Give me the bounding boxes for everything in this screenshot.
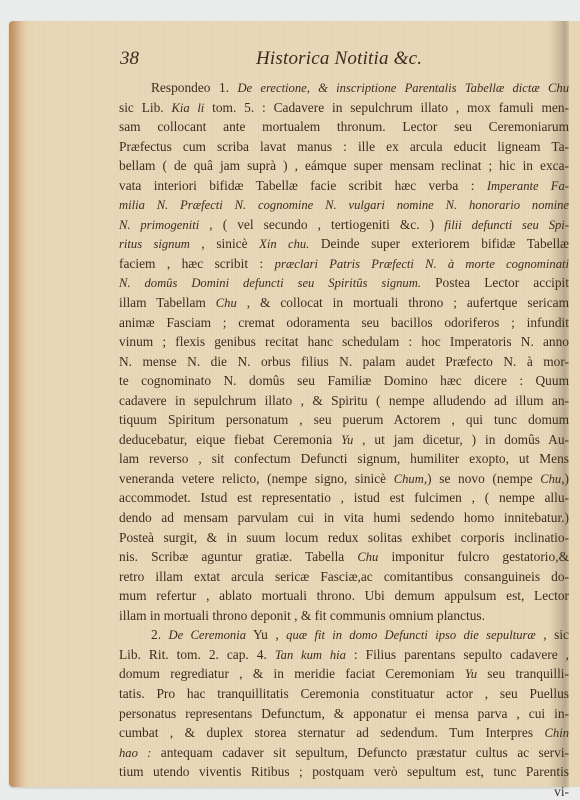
roman-text: lam reverso , sit confectum Defuncti sig… — [119, 451, 569, 466]
roman-text: ,) — [561, 471, 569, 486]
text-line: hao : antequam cadaver sit sepultum, Def… — [119, 743, 569, 763]
text-line: vinum ; flexis genibus recitat hanc sche… — [119, 332, 569, 352]
text-line: sic Lib. Kia li tom. 5. : Cadavere in se… — [119, 98, 569, 118]
roman-text: accommodet. Istud est representatio , is… — [119, 490, 569, 505]
italic-text: Xin chu. — [259, 237, 309, 251]
roman-text: nis. Scribæ aguntur gratiæ. Tabella — [119, 549, 357, 564]
text-line: N. mense N. die N. orbus filius N. palam… — [119, 352, 569, 372]
roman-text: veneranda vetere relicto, (nempe signo, … — [119, 471, 394, 486]
text-line: deducebatur, eique fiebat Ceremonia Yu ,… — [119, 430, 569, 450]
italic-text: Imperante Fa- — [487, 179, 569, 193]
text-line: veneranda vetere relicto, (nempe signo, … — [119, 469, 569, 489]
italic-text: filii defuncti seu Spi- — [444, 218, 569, 232]
roman-text: tatis. Pro hac tranquillitatis Ceremonia… — [119, 686, 569, 701]
italic-text: præclari Patris Præfecti N. à morte cogn… — [275, 257, 569, 271]
text-line: milia N. Præfecti N. cognomine N. vulgar… — [119, 195, 569, 215]
roman-text: 2. — [151, 627, 169, 642]
italic-text: quæ fit in domo Defuncti ipso die sepult… — [286, 628, 536, 642]
text-line: cadavere in sepulchrum illato , & Spirit… — [119, 391, 569, 411]
italic-text: N. primogeniti — [119, 218, 199, 232]
text-line: tium utendo viventis Ritibus ; postquam … — [119, 762, 569, 782]
italic-text: Chu — [540, 472, 561, 486]
roman-text: faciem , hæc scribit : — [119, 256, 275, 271]
roman-text: N. mense N. die N. orbus filius N. palam… — [119, 354, 569, 369]
roman-text: , ut jam dicetur, ) in domûs Au- — [353, 432, 569, 447]
text-line: Præfectus cum scriba lavat manus : ille … — [119, 137, 569, 157]
text-line: bellam ( de quâ jam suprà ) , eámque sup… — [119, 156, 569, 176]
italic-text: N. domûs Domini defuncti seu Spiritûs si… — [119, 276, 421, 290]
roman-text: , & collocat in mortuali throno ; aufert… — [237, 295, 569, 310]
roman-text: ,) se novo (nempe — [424, 471, 540, 486]
roman-text: Postea Lector accipit — [421, 275, 569, 290]
text-line: dendo ad mensam parvulam cui in vita hum… — [119, 508, 569, 528]
text-line: personatus representans Defunctum, & app… — [119, 704, 569, 724]
roman-text: seu tranquilli- — [477, 666, 569, 681]
roman-text: Lib. Rit. tom. 2. cap. 4. — [119, 647, 275, 662]
text-line: illam Tabellam Chu , & collocat in mortu… — [119, 293, 569, 313]
roman-text: : Filius parentans sepulto cadavere , — [346, 647, 569, 662]
roman-text: domum regrediatur , & in meridie faciat … — [119, 666, 465, 681]
italic-text: milia N. Præfecti N. cognomine N. vulgar… — [119, 198, 569, 212]
italic-text: Chin — [545, 726, 570, 740]
roman-text: Præfectus cum scriba lavat manus : ille … — [119, 139, 569, 154]
roman-text: cadavere in sepulchrum illato , & Spirit… — [119, 393, 569, 408]
italic-text: Chu — [357, 550, 378, 564]
text-line: cumbat , & duplex storea sternatur ad se… — [119, 723, 569, 743]
text-line: ritus signum , sinicè Xin chu. Deinde su… — [119, 234, 569, 254]
running-title: Historica Notitia &c. — [256, 48, 422, 70]
roman-text: vi- — [554, 784, 569, 799]
roman-text: vinum ; flexis genibus recitat hanc sche… — [119, 334, 569, 349]
text-line: domum regrediatur , & in meridie faciat … — [119, 664, 569, 684]
roman-text: cumbat , & duplex storea sternatur ad se… — [119, 725, 545, 740]
roman-text: dendo ad mensam parvulam cui in vita hum… — [119, 510, 569, 525]
roman-text: illam Tabellam — [119, 295, 216, 310]
italic-text: Yu — [341, 433, 353, 447]
roman-text: , sic — [536, 627, 569, 642]
text-line: vata interiori bifidæ Tabellæ facie scri… — [119, 176, 569, 196]
text-line: mum refertur , ablato mortuali throno. U… — [119, 586, 569, 606]
text-line: lam reverso , sit confectum Defuncti sig… — [119, 449, 569, 469]
text-line: tatis. Pro hac tranquillitatis Ceremonia… — [119, 684, 569, 704]
roman-text: vata interiori bifidæ Tabellæ facie scri… — [119, 178, 487, 193]
italic-text: De Ceremonia — [169, 628, 246, 642]
text-line: N. primogeniti , ( vel secundo , tertiog… — [119, 215, 569, 235]
page-number: 38 — [120, 48, 139, 70]
italic-text: Chu — [216, 296, 237, 310]
text-line: faciem , hæc scribit : præclari Patris P… — [119, 254, 569, 274]
roman-text: sic Lib. — [119, 100, 171, 115]
italic-text: De erectione, & inscriptione Parentalis … — [237, 81, 569, 95]
italic-text: ritus signum — [119, 237, 190, 251]
text-line: retro illam extat arcula sericæ Fasciæ,a… — [119, 567, 569, 587]
text-line: nis. Scribæ aguntur gratiæ. Tabella Chu … — [119, 547, 569, 567]
roman-text: , ( vel secundo , tertiogeniti &c. ) — [199, 217, 444, 232]
roman-text: tiquum Spiritum personatum , seu puerum … — [119, 412, 569, 427]
page-header: 38 Historica Notitia &c. — [120, 48, 560, 74]
text-line: Respondeo 1. De erectione, & inscription… — [119, 78, 569, 98]
text-line: sam collocant ante mortualem thronum. Le… — [119, 117, 569, 137]
text-line: Lib. Rit. tom. 2. cap. 4. Tan kum hia : … — [119, 645, 569, 665]
italic-text: Tan kum hia — [275, 648, 346, 662]
roman-text: animæ Fasciam ; cremat odoramenta seu ba… — [119, 315, 569, 330]
roman-text: tium utendo viventis Ritibus ; postquam … — [119, 764, 569, 779]
roman-text: retro illam extat arcula sericæ Fasciæ,a… — [119, 569, 569, 584]
roman-text: illam in mortuali throno deponit , & fit… — [119, 608, 485, 623]
text-line: N. domûs Domini defuncti seu Spiritûs si… — [119, 273, 569, 293]
roman-text: mum refertur , ablato mortuali throno. U… — [119, 588, 569, 603]
roman-text: te cognominato N. domûs seu Familiæ Domi… — [119, 373, 569, 388]
roman-text: sam collocant ante mortualem thronum. Le… — [119, 119, 569, 134]
roman-text: Posteà surgit, & in suum locum redux sol… — [119, 530, 569, 545]
next-page-edge — [569, 21, 580, 787]
roman-text: imponitur fulcro gestatorio,& — [378, 549, 569, 564]
italic-text: Kia li — [171, 101, 204, 115]
roman-text: Respondeo 1. — [151, 80, 237, 95]
text-line: vi- — [119, 782, 569, 800]
text-line: te cognominato N. domûs seu Familiæ Domi… — [119, 371, 569, 391]
roman-text: deducebatur, eique fiebat Ceremonia — [119, 432, 341, 447]
body-text: Respondeo 1. De erectione, & inscription… — [119, 78, 569, 800]
roman-text: antequam cadaver sit sepultum, Defuncto … — [151, 745, 569, 760]
roman-text: Yu , — [246, 627, 286, 642]
text-line: animæ Fasciam ; cremat odoramenta seu ba… — [119, 313, 569, 333]
italic-text: Yu — [465, 667, 477, 681]
roman-text: tom. 5. : Cadavere in sepulchrum illato … — [204, 100, 569, 115]
text-line: tiquum Spiritum personatum , seu puerum … — [119, 410, 569, 430]
text-line: Posteà surgit, & in suum locum redux sol… — [119, 528, 569, 548]
italic-text: hao : — [119, 746, 151, 760]
text-line: 2. De Ceremonia Yu , quæ fit in domo Def… — [119, 625, 569, 645]
roman-text: bellam ( de quâ jam suprà ) , eámque sup… — [119, 158, 569, 173]
italic-text: Chum — [394, 472, 424, 486]
roman-text: Deinde super exteriorem bifidæ Tabellæ — [309, 236, 569, 251]
roman-text: personatus representans Defunctum, & app… — [119, 706, 569, 721]
text-line: illam in mortuali throno deponit , & fit… — [119, 606, 569, 626]
text-line: accommodet. Istud est representatio , is… — [119, 488, 569, 508]
roman-text: , sinicè — [190, 236, 259, 251]
